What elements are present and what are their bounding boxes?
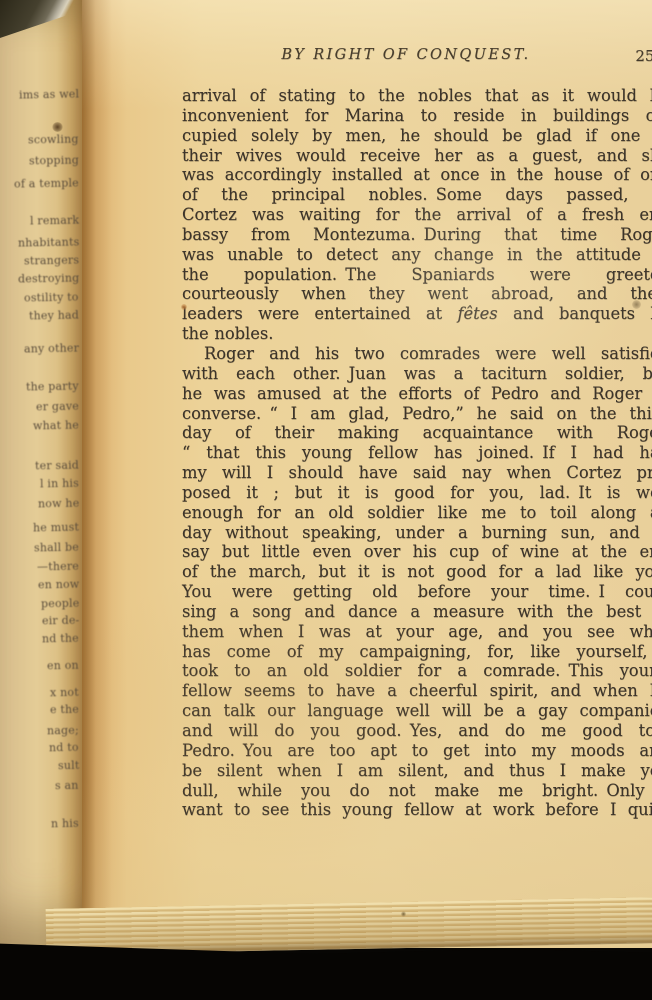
facing-page-text-fragment: ims as wel bbox=[19, 87, 79, 101]
text-line: the population. The Spaniards were greet… bbox=[182, 265, 652, 285]
text-line: of the principal nobles. Some days passe… bbox=[182, 185, 652, 205]
text-line: sing a song and dance a measure with the… bbox=[182, 602, 652, 622]
text-line: inconvenient for Marina to reside in bui… bbox=[182, 106, 652, 126]
text-line: their wives would receive her as a guest… bbox=[182, 146, 652, 166]
facing-page-text-fragment: —there bbox=[37, 560, 79, 574]
text-line: day of their making acquaintance with Ro… bbox=[182, 423, 652, 443]
text-line: and will do you good. Yes, and do me goo… bbox=[182, 721, 652, 741]
facing-page-text-fragment: of a temple bbox=[14, 176, 79, 190]
facing-page-text-fragment: they had bbox=[29, 309, 79, 323]
text-line: them when I was at your age, and you see… bbox=[182, 622, 652, 642]
paragraph: arrival of stating to the nobles that as… bbox=[182, 86, 652, 344]
text-line: courteously when they went abroad, and t… bbox=[182, 284, 652, 304]
facing-page-text-fragment: e the bbox=[50, 703, 79, 717]
facing-page-text-fragment: s an bbox=[55, 779, 79, 792]
text-line: took to an old soldier for a comrade. Th… bbox=[182, 661, 652, 681]
facing-page-text-fragment: people bbox=[40, 597, 79, 611]
text-line: arrival of stating to the nobles that as… bbox=[182, 86, 652, 106]
text-line: leaders were entertained at fêtes and ba… bbox=[182, 304, 652, 324]
text-line: bassy from Montezuma. During that time R… bbox=[182, 225, 652, 245]
facing-page-text-fragment: en now bbox=[37, 578, 79, 592]
text-line: cupied solely by men, he should be glad … bbox=[182, 126, 652, 146]
book-page: BY RIGHT OF CONQUEST. 253 arrival of sta… bbox=[82, 0, 652, 948]
text-line: dull, while you do not make me bright. O… bbox=[182, 781, 652, 801]
text-line: posed it ; but it is good for you, lad. … bbox=[182, 483, 652, 503]
facing-page-text-fragment: destroying bbox=[18, 271, 80, 285]
facing-page-text-fragment: nage; bbox=[47, 724, 79, 738]
paragraph: Roger and his two comrades were well sat… bbox=[182, 344, 652, 820]
text-line: say but little even over his cup of wine… bbox=[182, 542, 652, 562]
facing-page-text-fragment: any other bbox=[24, 342, 79, 356]
text-line: Pedro. You are too apt to get into my mo… bbox=[182, 741, 652, 761]
text-line: my will I should have said nay when Cort… bbox=[182, 463, 652, 483]
text-line: Roger and his two comrades were well sat… bbox=[182, 344, 652, 364]
text-line: fellow seems to have a cheerful spirit, … bbox=[182, 681, 652, 701]
facing-page-text-fragment: what he bbox=[33, 419, 79, 433]
facing-page-text-fragment: en on bbox=[47, 659, 79, 673]
text-line: was unable to detect any change in the a… bbox=[182, 245, 652, 265]
facing-page-text-fragment: nhabitants bbox=[17, 235, 79, 249]
text-line: You were getting old before your time. I… bbox=[182, 582, 652, 602]
text-line: day without speaking, under a burning su… bbox=[182, 523, 652, 543]
text-line: converse. “ I am glad, Pedro,” he said o… bbox=[182, 404, 652, 424]
facing-page-text-fragment: eir de- bbox=[41, 614, 79, 628]
facing-page-text-fragment: now he bbox=[37, 497, 79, 511]
page-number: 253 bbox=[635, 47, 652, 65]
facing-page-text-fragment: n his bbox=[51, 817, 79, 830]
facing-page-text-fragment: scowling bbox=[28, 133, 79, 147]
facing-page-text-fragment: l in his bbox=[40, 477, 79, 491]
facing-page-text-fragment: the party bbox=[26, 380, 79, 394]
text-line: enough for an old soldier like me to toi… bbox=[182, 503, 652, 523]
book-photo: ims as welscowlingstoppingof a templel r… bbox=[0, 0, 652, 1000]
facing-page-text-fragment: he must bbox=[33, 521, 79, 535]
text-line: was accordingly installed at once in the… bbox=[182, 165, 652, 185]
text-line: has come of my campaigning, for, like yo… bbox=[182, 642, 652, 662]
text-line: “ that this young fellow has joined. If … bbox=[182, 443, 652, 463]
facing-page-text-fragment: nd to bbox=[49, 741, 79, 755]
facing-page-text-fragment: stopping bbox=[29, 154, 79, 168]
text-line: the nobles. bbox=[182, 324, 652, 344]
facing-page-text-fragment: er gave bbox=[36, 400, 79, 414]
text-line: can talk our language well will be a gay… bbox=[182, 701, 652, 721]
text-line: Cortez was waiting for the arrival of a … bbox=[182, 205, 652, 225]
page-header: BY RIGHT OF CONQUEST. 253 bbox=[182, 47, 652, 69]
facing-page-text-fragment: l remark bbox=[30, 214, 80, 228]
running-title: BY RIGHT OF CONQUEST. bbox=[182, 47, 630, 63]
facing-page-text-fragment: strangers bbox=[24, 254, 79, 268]
text-line: want to see this young fellow at work be… bbox=[182, 800, 652, 820]
facing-page-edge: ims as welscowlingstoppingof a templel r… bbox=[0, 0, 82, 948]
text-line: of the march, but it is not good for a l… bbox=[182, 562, 652, 582]
facing-page-text-fragment: ter said bbox=[35, 459, 79, 473]
text-line: with each other. Juan was a taciturn sol… bbox=[182, 364, 652, 384]
facing-page-text-fragment: shall be bbox=[34, 541, 79, 555]
facing-page-text-fragment: nd the bbox=[42, 632, 79, 646]
facing-page-text-fragment: x not bbox=[50, 686, 79, 700]
facing-page-text-fragment: sult bbox=[57, 759, 79, 772]
text-block: arrival of stating to the nobles that as… bbox=[182, 86, 652, 820]
text-line: be silent when I am silent, and thus I m… bbox=[182, 761, 652, 781]
facing-page-text-fragment: ostility to bbox=[24, 291, 79, 305]
text-line: he was amused at the efforts of Pedro an… bbox=[182, 384, 652, 404]
